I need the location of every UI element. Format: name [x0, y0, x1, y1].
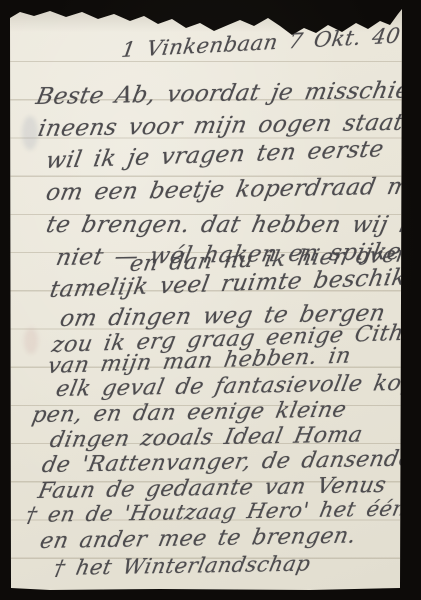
margin-smudge	[24, 328, 38, 354]
scan-background: 1 Vinkenbaan 7 Okt. 40 Beste Ab, voordat…	[0, 0, 421, 600]
letter-line: Beste Ab, voordat je misschien	[34, 79, 421, 109]
letter-line: en ander mee te brengen.	[38, 526, 358, 553]
letter-line: elk geval de fantasievolle kop-	[54, 373, 421, 401]
letter-line: om een beetje koperdraad mee	[44, 175, 421, 205]
margin-smudge	[22, 116, 38, 150]
letter-line: tamelijk veel ruimte beschik	[48, 267, 408, 302]
letter-line footnote-line: † het Winterlandschap	[52, 554, 312, 579]
letter-line: te brengen. dat hebben wij hier	[44, 214, 421, 237]
letter-paper: 1 Vinkenbaan 7 Okt. 40 Beste Ab, voordat…	[10, 0, 402, 592]
letter-line: † en de 'Houtzaag Hero' het één	[24, 498, 408, 526]
dateline: 1 Vinkenbaan 7 Okt. 40	[120, 26, 402, 61]
letter-line: wil ik je vragen ten eerste	[44, 138, 386, 173]
